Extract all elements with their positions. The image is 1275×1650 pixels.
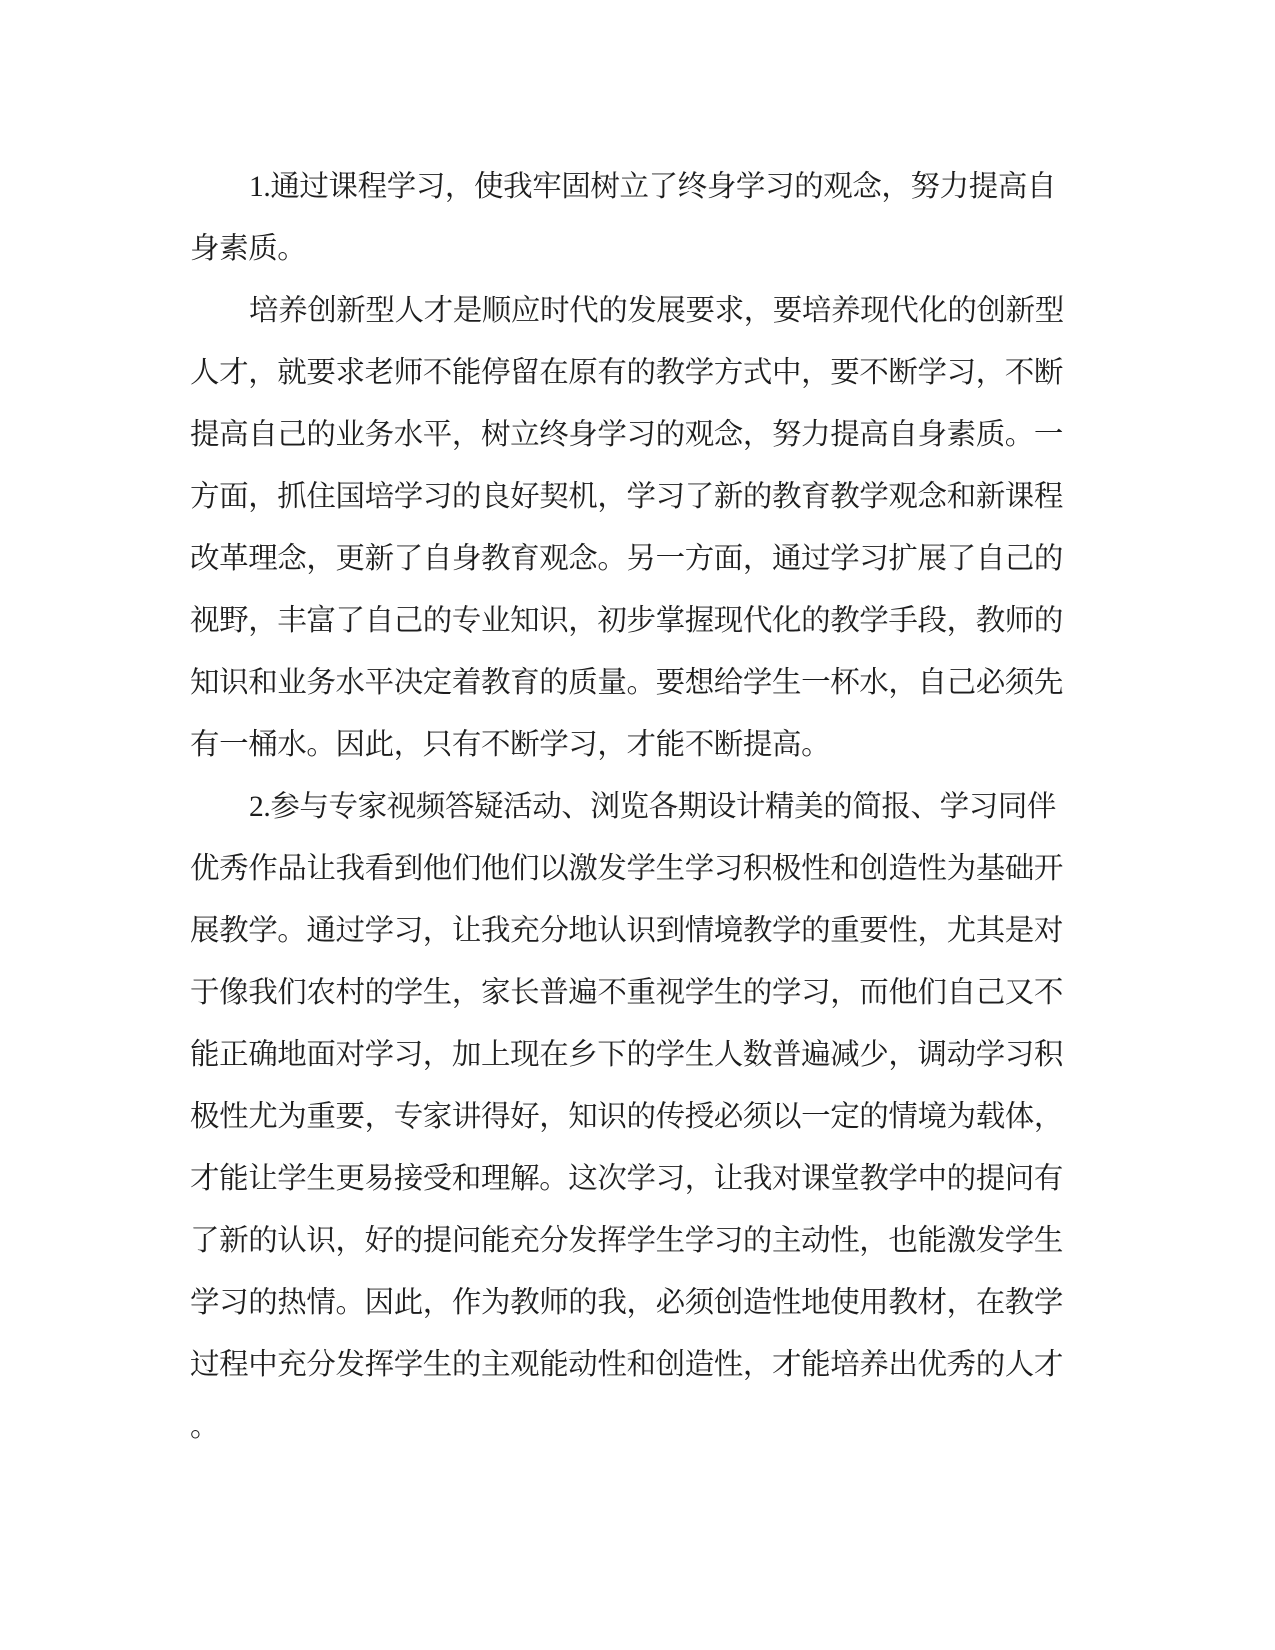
paragraph: 1.通过课程学习，使我牢固树立了终身学习的观念，努力提高自 身素质。 xyxy=(190,156,1068,280)
text-line: 展教学。通过学习，让我充分地认识到情境教学的重要性，尤其是对 xyxy=(190,900,1068,962)
text-line: 提高自己的业务水平，树立终身学习的观念，努力提高自身素质。一 xyxy=(190,404,1068,466)
text-line: 过程中充分发挥学生的主观能动性和创造性，才能培养出优秀的人才 xyxy=(190,1334,1068,1396)
text-line: 2.参与专家视频答疑活动、浏览各期设计精美的简报、学习同伴 xyxy=(190,776,1068,838)
text-line: 改革理念，更新了自身教育观念。另一方面，通过学习扩展了自己的 xyxy=(190,528,1068,590)
text-line: 了新的认识，好的提问能充分发挥学生学习的主动性，也能激发学生 xyxy=(190,1210,1068,1272)
text-line: 1.通过课程学习，使我牢固树立了终身学习的观念，努力提高自 xyxy=(190,156,1068,218)
text-line: 能正确地面对学习，加上现在乡下的学生人数普遍减少，调动学习积 xyxy=(190,1024,1068,1086)
paragraph: 培养创新型人才是顺应时代的发展要求，要培养现代化的创新型 人才，就要求老师不能停… xyxy=(190,280,1068,776)
text-line: 知识和业务水平决定着教育的质量。要想给学生一杯水，自己必须先 xyxy=(190,652,1068,714)
text-line: 视野，丰富了自己的专业知识，初步掌握现代化的教学手段，教师的 xyxy=(190,590,1068,652)
text-line: 方面，抓住国培学习的良好契机，学习了新的教育教学观念和新课程 xyxy=(190,466,1068,528)
text-line: 才能让学生更易接受和理解。这次学习，让我对课堂教学中的提问有 xyxy=(190,1148,1068,1210)
document-page: 1.通过课程学习，使我牢固树立了终身学习的观念，努力提高自 身素质。 培养创新型… xyxy=(190,156,1068,1458)
text-line: 人才，就要求老师不能停留在原有的教学方式中，要不断学习，不断 xyxy=(190,342,1068,404)
text-line: 。 xyxy=(190,1396,1068,1458)
text-line: 优秀作品让我看到他们他们以激发学生学习积极性和创造性为基础开 xyxy=(190,838,1068,900)
text-line: 身素质。 xyxy=(190,218,1068,280)
text-line: 培养创新型人才是顺应时代的发展要求，要培养现代化的创新型 xyxy=(190,280,1068,342)
text-line: 极性尤为重要，专家讲得好，知识的传授必须以一定的情境为载体， xyxy=(190,1086,1068,1148)
text-line: 有一桶水。因此，只有不断学习，才能不断提高。 xyxy=(190,714,1068,776)
text-line: 学习的热情。因此，作为教师的我，必须创造性地使用教材，在教学 xyxy=(190,1272,1068,1334)
text-line: 于像我们农村的学生，家长普遍不重视学生的学习，而他们自己又不 xyxy=(190,962,1068,1024)
paragraph: 2.参与专家视频答疑活动、浏览各期设计精美的简报、学习同伴 优秀作品让我看到他们… xyxy=(190,776,1068,1458)
